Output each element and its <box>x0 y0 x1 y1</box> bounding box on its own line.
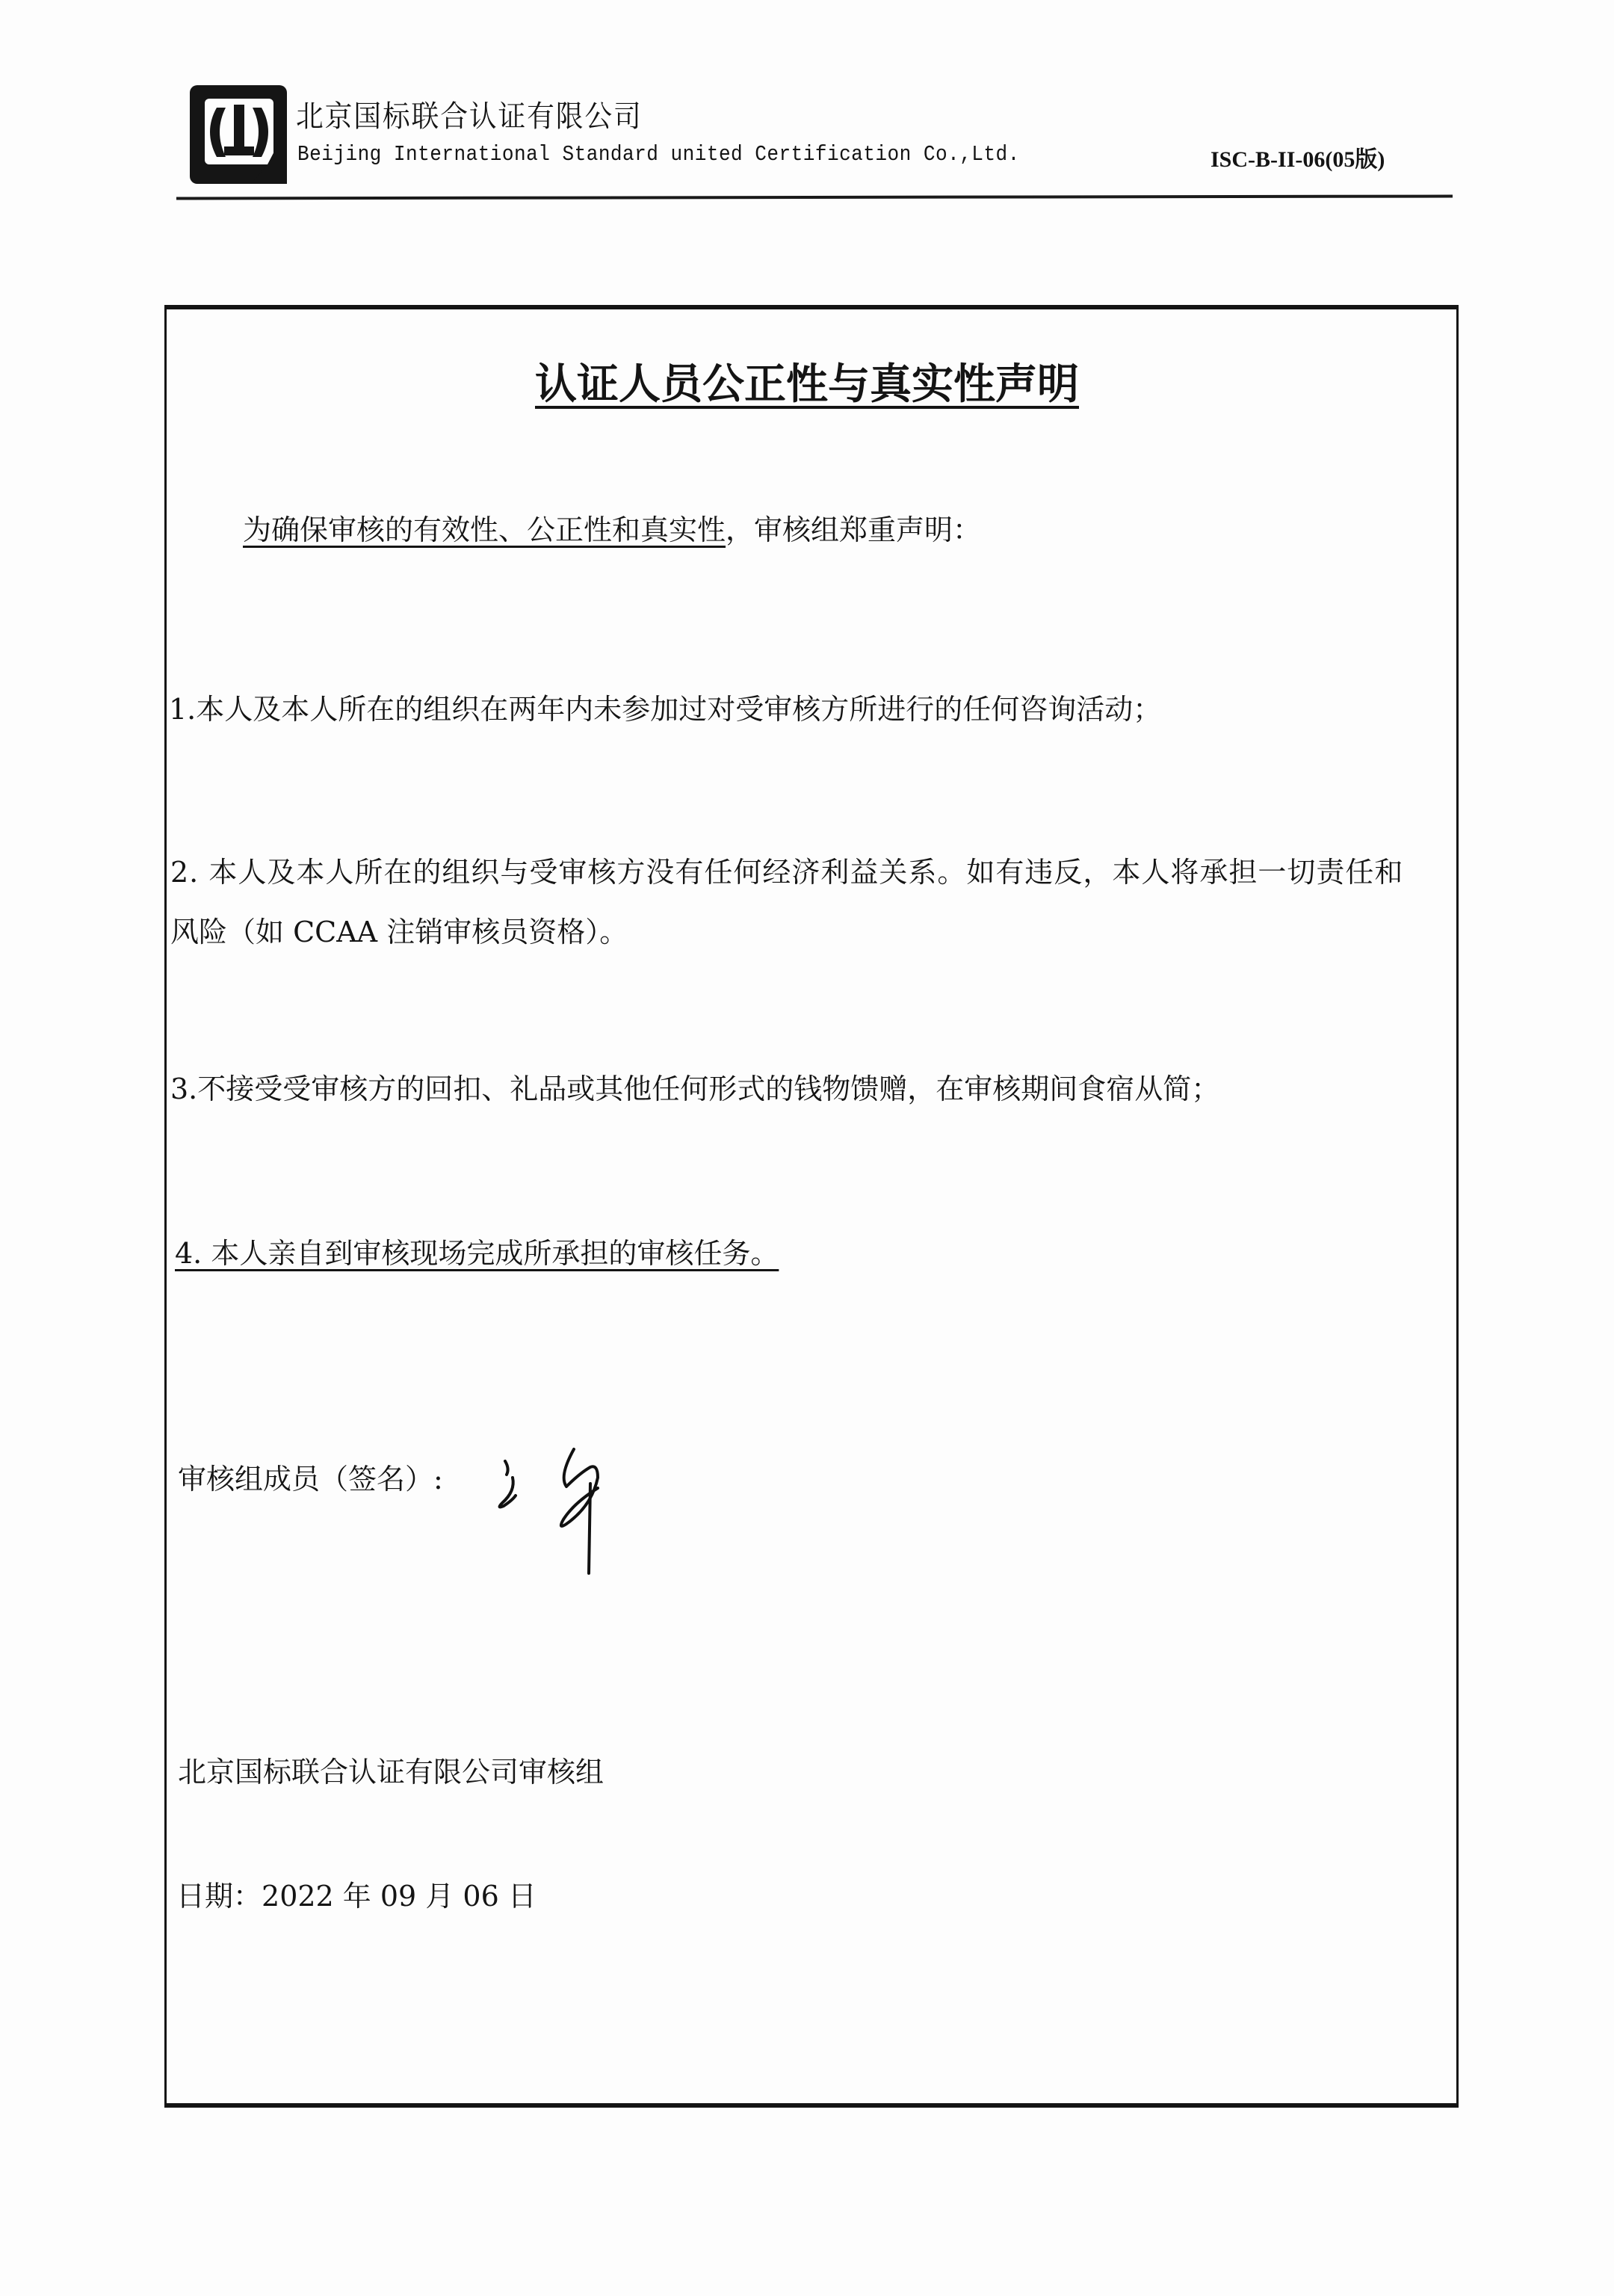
date-value: 2022 年 09 月 06 日 <box>262 1880 537 1913</box>
declaration-frame <box>164 305 1459 2108</box>
item-1: 1.本人及本人所在的组织在两年内未参加过对受审核方所进行的任何咨询活动； <box>169 694 1161 726</box>
document-title-text: 认证人员公正性与真实性声明 <box>535 360 1079 409</box>
company-logo-icon <box>187 82 291 187</box>
intro-paragraph: 为确保审核的有效性、公正性和真实性，审核组郑重声明： <box>243 514 981 547</box>
form-code: ISC-B-II-06(05版) <box>1210 141 1385 173</box>
issuer-name: 北京国标联合认证有限公司审核组 <box>178 1756 604 1789</box>
handwritten-signature-icon <box>486 1431 650 1611</box>
intro-rest: ，审核组郑重声明： <box>726 513 981 546</box>
document-title: 认证人员公正性与真实性声明 <box>0 351 1614 411</box>
signature-label: 审核组成员（签名）: <box>178 1463 443 1496</box>
header-divider <box>176 195 1453 200</box>
date-label: 日期： <box>176 1880 262 1913</box>
intro-underlined: 为确保审核的有效性、公正性和真实性 <box>243 513 726 546</box>
company-name-cn: 北京国标联合认证有限公司 <box>296 93 643 135</box>
item-2-line-1: 2. 本人及本人所在的组织与受审核方没有任何经济利益关系。如有违反，本人将承担一… <box>170 857 1403 889</box>
company-name-en: Beijing International Standard united Ce… <box>297 142 1020 167</box>
item-2-line-2: 风险（如 CCAA 注销审核员资格）。 <box>170 916 628 949</box>
item-3: 3.不接受受审核方的回扣、礼品或其他任何形式的钱物馈赠，在审核期间食宿从简； <box>170 1073 1219 1106</box>
item-4: 4. 本人亲自到审核现场完成所承担的审核任务。 <box>175 1238 779 1271</box>
date-line: 日期：2022 年 09 月 06 日 <box>176 1880 537 1913</box>
